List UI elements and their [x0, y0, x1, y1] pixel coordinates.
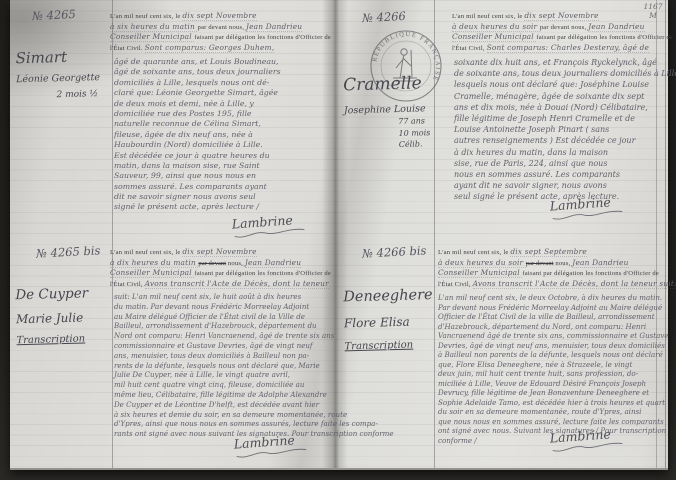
text-line: matin, dans la maison sise, rue Saint	[114, 161, 338, 171]
text-line: de soixante ans, tous deux journaliers d…	[454, 68, 668, 79]
text-line: du matin. Par devant nous Frédéric Morre…	[114, 302, 340, 312]
text-segment: Avons transcrit l'Acte de Décès, dont la…	[145, 279, 329, 289]
official-signature: Lambrine	[549, 425, 624, 453]
margin-name-de-cuyper: De CuyperMarie JulieTranscription	[15, 285, 115, 356]
text-line: que, Flore Elisa Deneeghere, née à Straz…	[438, 360, 668, 370]
header-line: à dix heures du matin par devant nous, J…	[110, 255, 336, 266]
text-line: Nord ont comparu: Henri Vancraenend, âgé…	[114, 331, 340, 341]
text-line: suit: L'an mil neuf cent six, le huit ao…	[114, 292, 340, 302]
text-line: Bailleul, arrondissement d'Hazebrouck, d…	[114, 321, 340, 331]
text-line: ayant dit ne savoir signer, nous avons	[454, 180, 668, 191]
text-line: Cramelle	[343, 73, 451, 96]
text-segment: Sont comparus: Charles Desteray, âgé de	[487, 43, 650, 53]
act-number: № 4265 bis	[36, 243, 101, 260]
register-double-page: № 4265 L'an mil neuf cent six, le dix se…	[10, 0, 668, 468]
text-line: sise, rue de Paris, 224, ainsi que nous	[454, 158, 668, 169]
left-page-margin-rule	[112, 0, 113, 468]
text-line: de deux mois et demi, née à Lille, y	[114, 99, 338, 109]
text-line: Josephine Louise	[344, 103, 452, 117]
header-line: L'an mil neuf cent six, le dix sept Sept…	[438, 244, 668, 255]
act-body: âgé de quarante ans, et Louis Boudineau,…	[114, 57, 338, 213]
text-line: De Cuyper	[15, 285, 113, 304]
text-line: à six heures et demie du soir, en sa dem…	[114, 410, 340, 420]
text-line: domiciliée rue des Postes 195, fille	[114, 109, 338, 119]
margin-name-simart: SimartLéonie Georgette2 mois ½	[15, 47, 111, 101]
header-line: à six heures du matin par devant nous, J…	[110, 19, 336, 30]
text-line: lesquels nous ont déclaré que: Joséphine…	[454, 79, 668, 90]
text-line: Deneeghere	[343, 287, 449, 306]
text-line: Vancraenend âgé de trente six ans, commi…	[438, 331, 668, 341]
header-line: L'an mil neuf cent six, le dix sept Nove…	[110, 244, 336, 255]
text-line: De Cuyper et de Léontine D'helft, est dé…	[114, 400, 340, 410]
text-line: à Bailleul non parents de la défunte, le…	[438, 350, 668, 360]
text-line: Sauveur, 99, ainsi que nous nous en	[114, 171, 338, 181]
header-line: l'État Civil, Sont comparus: Charles Des…	[452, 40, 668, 51]
header-line: l'État Civil, Avons transcrit l'Acte de …	[438, 276, 668, 287]
act-header: L'an mil neuf cent six, le dix sept Sept…	[438, 244, 668, 286]
text-segment: l'État Civil,	[110, 281, 145, 288]
text-line: d'Ypres, ainsi que nous nous en sommes a…	[114, 419, 340, 429]
header-line: Conseiller Municipal faisant par délégat…	[110, 29, 336, 40]
text-line: deux juin, mil huit cent trente huit, sa…	[438, 369, 668, 379]
text-line: Est décédée ce jour à quatre heures du	[114, 151, 338, 161]
text-line: âgé de soixante ans, tous deux journalie…	[114, 67, 338, 77]
text-line: mil huit cent quatre vingt cinq, fileuse…	[114, 380, 340, 390]
text-line: commissionnaire et Gustave Devries, âgé …	[114, 341, 340, 351]
header-line: L'an mil neuf cent six, le dix sept Nove…	[452, 8, 668, 19]
text-line: ans et dix mois, née à Douai (Nord) Céli…	[454, 102, 668, 113]
official-signature: Lambrine	[231, 211, 306, 239]
act-number: № 4265	[32, 7, 76, 23]
text-line: Louise Antoinette Joseph Pinart ( sans	[454, 124, 668, 135]
text-line: ans, menuisier, tous deux domiciliés à B…	[114, 351, 340, 361]
text-line: Flore Elisa	[344, 314, 450, 331]
header-line: L'an mil neuf cent six, le dix sept Nove…	[110, 8, 336, 19]
text-line: Célib.	[345, 139, 453, 151]
text-line: fileuse, âgée de dix neuf ans, née à	[114, 130, 338, 140]
text-line: Transcription	[16, 333, 114, 347]
act-number: № 4266	[362, 9, 406, 25]
text-segment: l'État Civil,	[452, 45, 487, 52]
text-line: 77 ans	[344, 116, 452, 128]
text-line: même lieu, Célibataire, fille légitime d…	[114, 390, 340, 400]
text-line: à dix heures du matin, dans la maison	[454, 147, 668, 158]
text-line: naturelle reconnue de Célina Simart,	[114, 119, 338, 129]
text-line: Haubourdin (Nord) domiciliée à Lille.	[114, 140, 338, 150]
text-line: Julie De Cuyper, née à Lille, le vingt q…	[114, 370, 340, 380]
text-line: Léonie Georgette	[16, 72, 111, 85]
text-line: 2 mois ½	[16, 89, 111, 101]
text-line: au Maire délégué Officier de l'État civi…	[114, 312, 340, 322]
text-line: sommes assuré. Les comparants ayant	[114, 182, 338, 192]
act-header: L'an mil neuf cent six, le dix sept Nove…	[452, 8, 668, 50]
text-line: âgé de quarante ans, et Louis Boudineau,	[114, 57, 338, 67]
text-line: Marie Julie	[16, 310, 114, 327]
act-number: № 4266 bis	[362, 243, 427, 260]
act-body: soixante dix huit ans, et François Rycke…	[454, 57, 668, 202]
header-line: Conseiller Municipal faisant par délégat…	[438, 265, 668, 276]
text-line: du soir en sa demeure momentanée, route …	[438, 407, 668, 417]
margin-name-cramelle: CramelleJosephine Louise77 ans10 moisCél…	[343, 73, 453, 153]
text-line: d'Hazebrouck, département du Nord, ont c…	[438, 322, 668, 332]
register-photo: № 4265 L'an mil neuf cent six, le dix se…	[0, 0, 676, 480]
act-header: L'an mil neuf cent six, le dix sept Nove…	[110, 244, 336, 286]
header-line: à deux heures du soir par devant nous, J…	[452, 19, 668, 30]
header-line: l'État Civil. Sont comparus: Georges Duh…	[110, 40, 336, 51]
text-line: 10 mois	[344, 127, 452, 139]
header-line: Conseiller Municipal faisant par délégat…	[110, 265, 336, 276]
margin-name-deneeghere: DeneeghereFlore ElisaTranscription	[343, 287, 451, 364]
text-line: L'an mil neuf cent six, le deux Octobre,…	[438, 293, 668, 303]
text-line: dit ne savoir signer nous avons seul	[114, 192, 338, 202]
act-header: L'an mil neuf cent six, le dix sept Nove…	[110, 8, 336, 50]
official-signature: Lambrine	[233, 431, 308, 459]
text-segment: Sont comparus: Georges Duhem,	[145, 43, 275, 53]
text-line: Par devant nous Frédéric Morreelay Adjoi…	[438, 303, 668, 313]
official-signature: Lambrine	[549, 193, 624, 221]
text-segment: Avons transcrit l'Acte de Décès, dont la…	[473, 279, 676, 289]
text-line: que nous nous en sommes assuré, lecture …	[438, 417, 668, 427]
header-line: Conseiller Municipal faisant par délégat…	[452, 29, 668, 40]
text-line: Devrucy, fille légitime de Jean Bonavent…	[438, 388, 668, 398]
text-line: nous en sommes assuré. Les comparants	[454, 169, 668, 180]
text-line: Cramelle, ménagère, âgée de soixante dix…	[454, 91, 668, 102]
text-line: miciliée à Lille, Veuve de Edouard Désir…	[438, 379, 668, 389]
text-line: autres renseignements ) Est décédée ce j…	[454, 135, 668, 146]
text-line: fille légitime de Joseph Henri Cramelle …	[454, 113, 668, 124]
text-line: rents de la défunte, lesquels nous ont d…	[114, 361, 340, 371]
text-line: claré que: Léonie Georgette Simart, âgée	[114, 88, 338, 98]
header-line: l'État Civil, Avons transcrit l'Acte de …	[110, 276, 336, 287]
text-line: Transcription	[344, 339, 450, 353]
text-line: Devries, âgé de vingt neuf ans, menuisie…	[438, 341, 668, 351]
text-line: Officier de l'État Civil de la ville de …	[438, 312, 668, 322]
text-segment: l'État Civil.	[110, 45, 145, 52]
text-line: Simart	[15, 47, 110, 67]
text-line: domiciliés à Lille, lesquels nous ont dé…	[114, 78, 338, 88]
text-line: Sophie Adelaide Tamo, est décédée hier à…	[438, 398, 668, 408]
text-line: soixante dix huit ans, et François Rycke…	[454, 57, 668, 68]
act-body: L'an mil neuf cent six, le deux Octobre,…	[438, 293, 668, 445]
act-body: suit: L'an mil neuf cent six, le huit ao…	[114, 292, 340, 439]
header-line: à deux heures du soir par devant nous, J…	[438, 255, 668, 266]
